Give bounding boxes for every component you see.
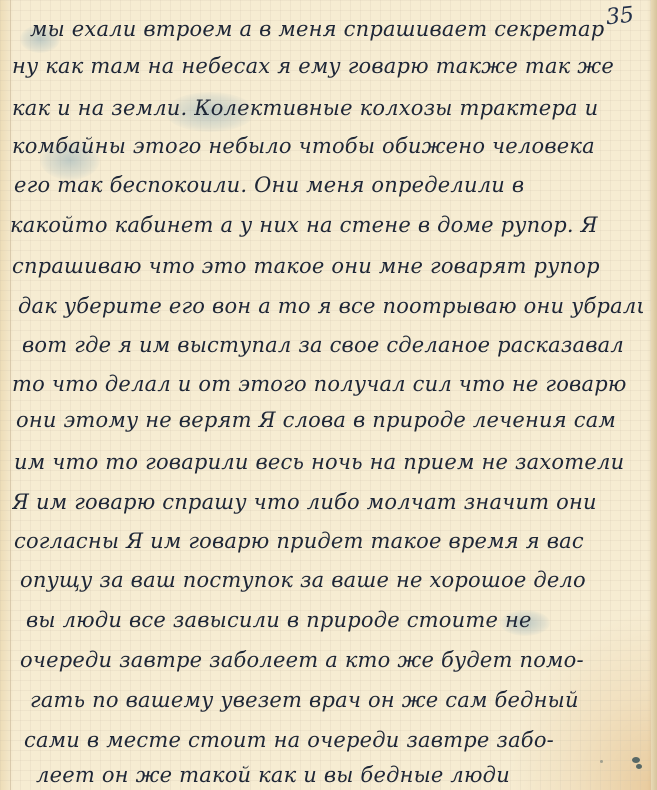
text-line: комбайны этого небыло чтобы обижено чело…: [12, 133, 637, 159]
text-line: то что делал и от этого получал сил что …: [12, 371, 637, 397]
text-line: как и на земли. Колективные колхозы трак…: [12, 95, 637, 121]
text-line: они этому не верят Я слова в природе леч…: [16, 407, 641, 433]
text-line: мы ехали втроем а в меня спрашивает секр…: [30, 16, 655, 42]
text-line: опущу за ваш поступок за ваше не хорошое…: [20, 567, 645, 593]
text-line: гать по вашему увезет врач он же сам бед…: [30, 687, 655, 713]
text-line: спрашиваю что это такое они мне говарят …: [12, 253, 637, 279]
text-line: вот где я им выступал за свое сделаное р…: [22, 332, 647, 358]
text-line: им что то говарили весь ночь на прием не…: [14, 449, 639, 475]
margin-line: [10, 0, 11, 790]
text-line: очереди завтре заболеет а кто же будет п…: [20, 647, 645, 673]
text-line: леет он же такой как и вы бедные люди: [36, 762, 657, 788]
page-edge: [651, 0, 657, 790]
text-line: какойто кабинет а у них на стене в доме …: [10, 212, 635, 238]
text-line: ну как там на небесах я ему говарю также…: [12, 53, 637, 79]
text-line: его так беспокоили. Они меня определили …: [14, 172, 639, 198]
text-line: дак уберите его вон а то я все поотрываю…: [18, 293, 643, 319]
notebook-page: 35 мы ехали втроем а в меня спрашивает с…: [0, 0, 657, 790]
text-line: сами в месте стоит на очереди завтре заб…: [24, 727, 649, 753]
text-line: вы люди все завысили в природе стоите не: [26, 607, 651, 633]
text-line: Я им говарю спрашу что либо молчат значи…: [12, 489, 637, 515]
text-line: согласны Я им говарю придет такое время …: [14, 528, 639, 554]
